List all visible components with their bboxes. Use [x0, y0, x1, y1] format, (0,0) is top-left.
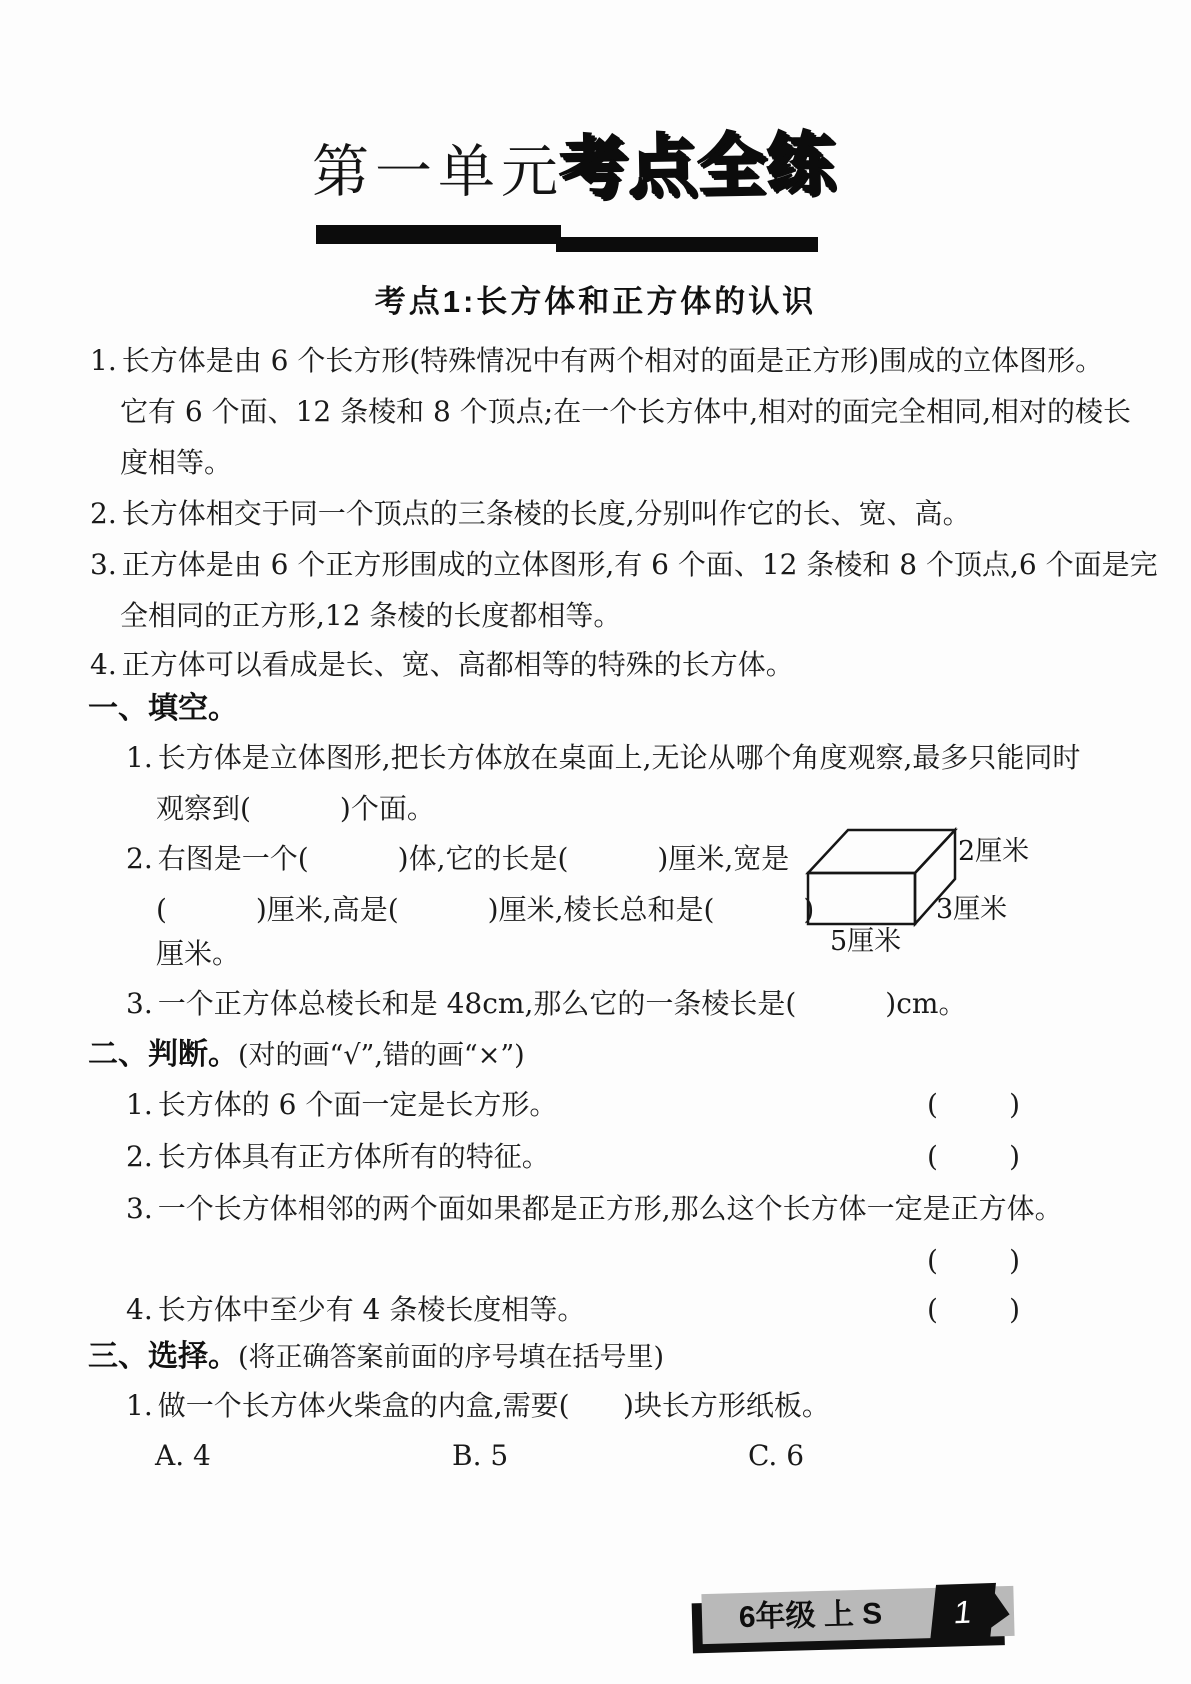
question-text: 右图是一个( )体,它的长是( )厘米,宽是 [158, 842, 790, 875]
choice-option-c: C. 6 [748, 1440, 804, 1472]
answer-bracket: ( ) [927, 1089, 1020, 1121]
judge-item-4: 4.长方体中至少有 4 条棱长度相等。 ( ) [126, 1294, 1020, 1326]
choice-option-b: B. 5 [452, 1440, 508, 1472]
judge-text: 1.长方体的 6 个面一定是长方形。 [126, 1089, 557, 1121]
section-choice-heading: 三、选择。(将正确答案前面的序号填在括号里) [88, 1340, 664, 1375]
figure-height-label: 2厘米 [958, 836, 1029, 867]
knowledge-point-1-line-1: 1.长方体是由 6 个长方形(特殊情况中有两个相对的面是正方形)围成的立体图形。 [90, 345, 1103, 377]
question-text: 一个正方体总棱长和是 48cm,那么它的一条棱长是( )cm。 [158, 987, 967, 1020]
question-text: 长方体具有正方体所有的特征。 [158, 1140, 550, 1173]
question-text: 一个长方体相邻的两个面如果都是正方形,那么这个长方体一定是正方体。 [158, 1192, 1063, 1225]
point-number: 4. [90, 649, 117, 681]
judge-text: 2.长方体具有正方体所有的特征。 [126, 1141, 550, 1173]
question-number: 1. [126, 742, 153, 774]
cuboid-figure: 2厘米 3厘米 5厘米 [790, 818, 1100, 958]
knowledge-point-3-line-1: 3.正方体是由 6 个正方形围成的立体图形,有 6 个面、12 条棱和 8 个顶… [90, 549, 1158, 581]
judge-item-3: 3.一个长方体相邻的两个面如果都是正方形,那么这个长方体一定是正方体。 [126, 1193, 1063, 1225]
figure-length-label: 5厘米 [830, 926, 901, 957]
judge-heading-note: (对的画“√”,错的画“×”) [238, 1040, 525, 1071]
answer-bracket: ( ) [927, 1294, 1020, 1326]
topic-title: 考点1:长方体和正方体的认识 [0, 284, 1191, 320]
fill-q2-line-2: ( )厘米,高是( )厘米,棱长总和是( ) [156, 894, 814, 926]
fill-q1-line-1: 1.长方体是立体图形,把长方体放在桌面上,无论从哪个角度观察,最多只能同时 [126, 742, 1080, 774]
question-number: 2. [126, 1141, 153, 1173]
title-underline-bar [556, 237, 818, 252]
point-text: 正方体是由 6 个正方形围成的立体图形,有 6 个面、12 条棱和 8 个顶点,… [122, 548, 1158, 581]
question-number: 1. [126, 1390, 153, 1422]
choice-heading-note: (将正确答案前面的序号填在括号里) [238, 1342, 664, 1373]
judge-item-3-bracket: ( ) [126, 1245, 1020, 1277]
knowledge-point-2: 2.长方体相交于同一个顶点的三条棱的长度,分别叫作它的长、宽、高。 [90, 498, 971, 530]
figure-width-label: 3厘米 [936, 894, 1007, 925]
knowledge-point-1-line-2: 它有 6 个面、12 条棱和 8 个顶点;在一个长方体中,相对的面完全相同,相对… [120, 396, 1131, 428]
question-number: 1. [126, 1089, 153, 1121]
choice-heading-text: 三、选择。 [88, 1340, 238, 1373]
choice-option-a: A. 4 [155, 1440, 211, 1472]
fill-q2-line-1: 2.右图是一个( )体,它的长是( )厘米,宽是 [126, 843, 789, 875]
judge-text: 4.长方体中至少有 4 条棱长度相等。 [126, 1294, 585, 1326]
section-fill-heading: 一、填空。 [88, 692, 238, 727]
choice-q1: 1.做一个长方体火柴盒的内盒,需要( )块长方形纸板。 [126, 1390, 830, 1422]
point-number: 2. [90, 498, 117, 530]
point-number: 1. [90, 345, 117, 377]
knowledge-point-4: 4.正方体可以看成是长、宽、高都相等的特殊的长方体。 [90, 649, 794, 681]
judge-item-2: 2.长方体具有正方体所有的特征。 ( ) [126, 1141, 1020, 1173]
question-number: 3. [126, 1193, 153, 1225]
fill-q3: 3.一个正方体总棱长和是 48cm,那么它的一条棱长是( )cm。 [126, 988, 966, 1020]
question-number: 2. [126, 843, 153, 875]
footer-grade-label: 6年级 上 S [738, 1597, 882, 1635]
question-text: 长方体是立体图形,把长方体放在桌面上,无论从哪个角度观察,最多只能同时 [158, 741, 1081, 774]
point-text: 长方体是由 6 个长方形(特殊情况中有两个相对的面是正方形)围成的立体图形。 [122, 344, 1103, 377]
fill-q1-line-2: 观察到( )个面。 [156, 793, 435, 825]
question-text: 长方体的 6 个面一定是长方形。 [158, 1088, 558, 1121]
point-text: 正方体可以看成是长、宽、高都相等的特殊的长方体。 [122, 648, 794, 681]
cuboid-outline [808, 830, 955, 924]
unit-underline-bar [316, 225, 561, 244]
point-number: 3. [90, 549, 117, 581]
section-judge-heading: 二、判断。(对的画“√”,错的画“×”) [88, 1038, 525, 1073]
question-text: 做一个长方体火柴盒的内盒,需要( )块长方形纸板。 [158, 1389, 830, 1422]
unit-label: 第一单元 [312, 140, 564, 206]
judge-heading-text: 二、判断。 [88, 1038, 238, 1071]
worksheet-page: 第一单元 考点全练 考点1:长方体和正方体的认识 1.长方体是由 6 个长方形(… [0, 0, 1191, 1684]
question-number: 3. [126, 988, 153, 1020]
fill-q2-line-3: 厘米。 [156, 938, 240, 970]
judge-item-1: 1.长方体的 6 个面一定是长方形。 ( ) [126, 1089, 1020, 1121]
point-text: 长方体相交于同一个顶点的三条棱的长度,分别叫作它的长、宽、高。 [122, 497, 971, 530]
knowledge-point-1-line-3: 度相等。 [120, 447, 232, 479]
knowledge-point-3-line-2: 全相同的正方形,12 条棱的长度都相等。 [120, 600, 621, 632]
series-title: 考点全练 [557, 124, 834, 207]
question-number: 4. [126, 1294, 153, 1326]
question-text: 长方体中至少有 4 条棱长度相等。 [158, 1293, 586, 1326]
answer-bracket: ( ) [927, 1141, 1020, 1173]
page-number: 1 [930, 1583, 996, 1642]
